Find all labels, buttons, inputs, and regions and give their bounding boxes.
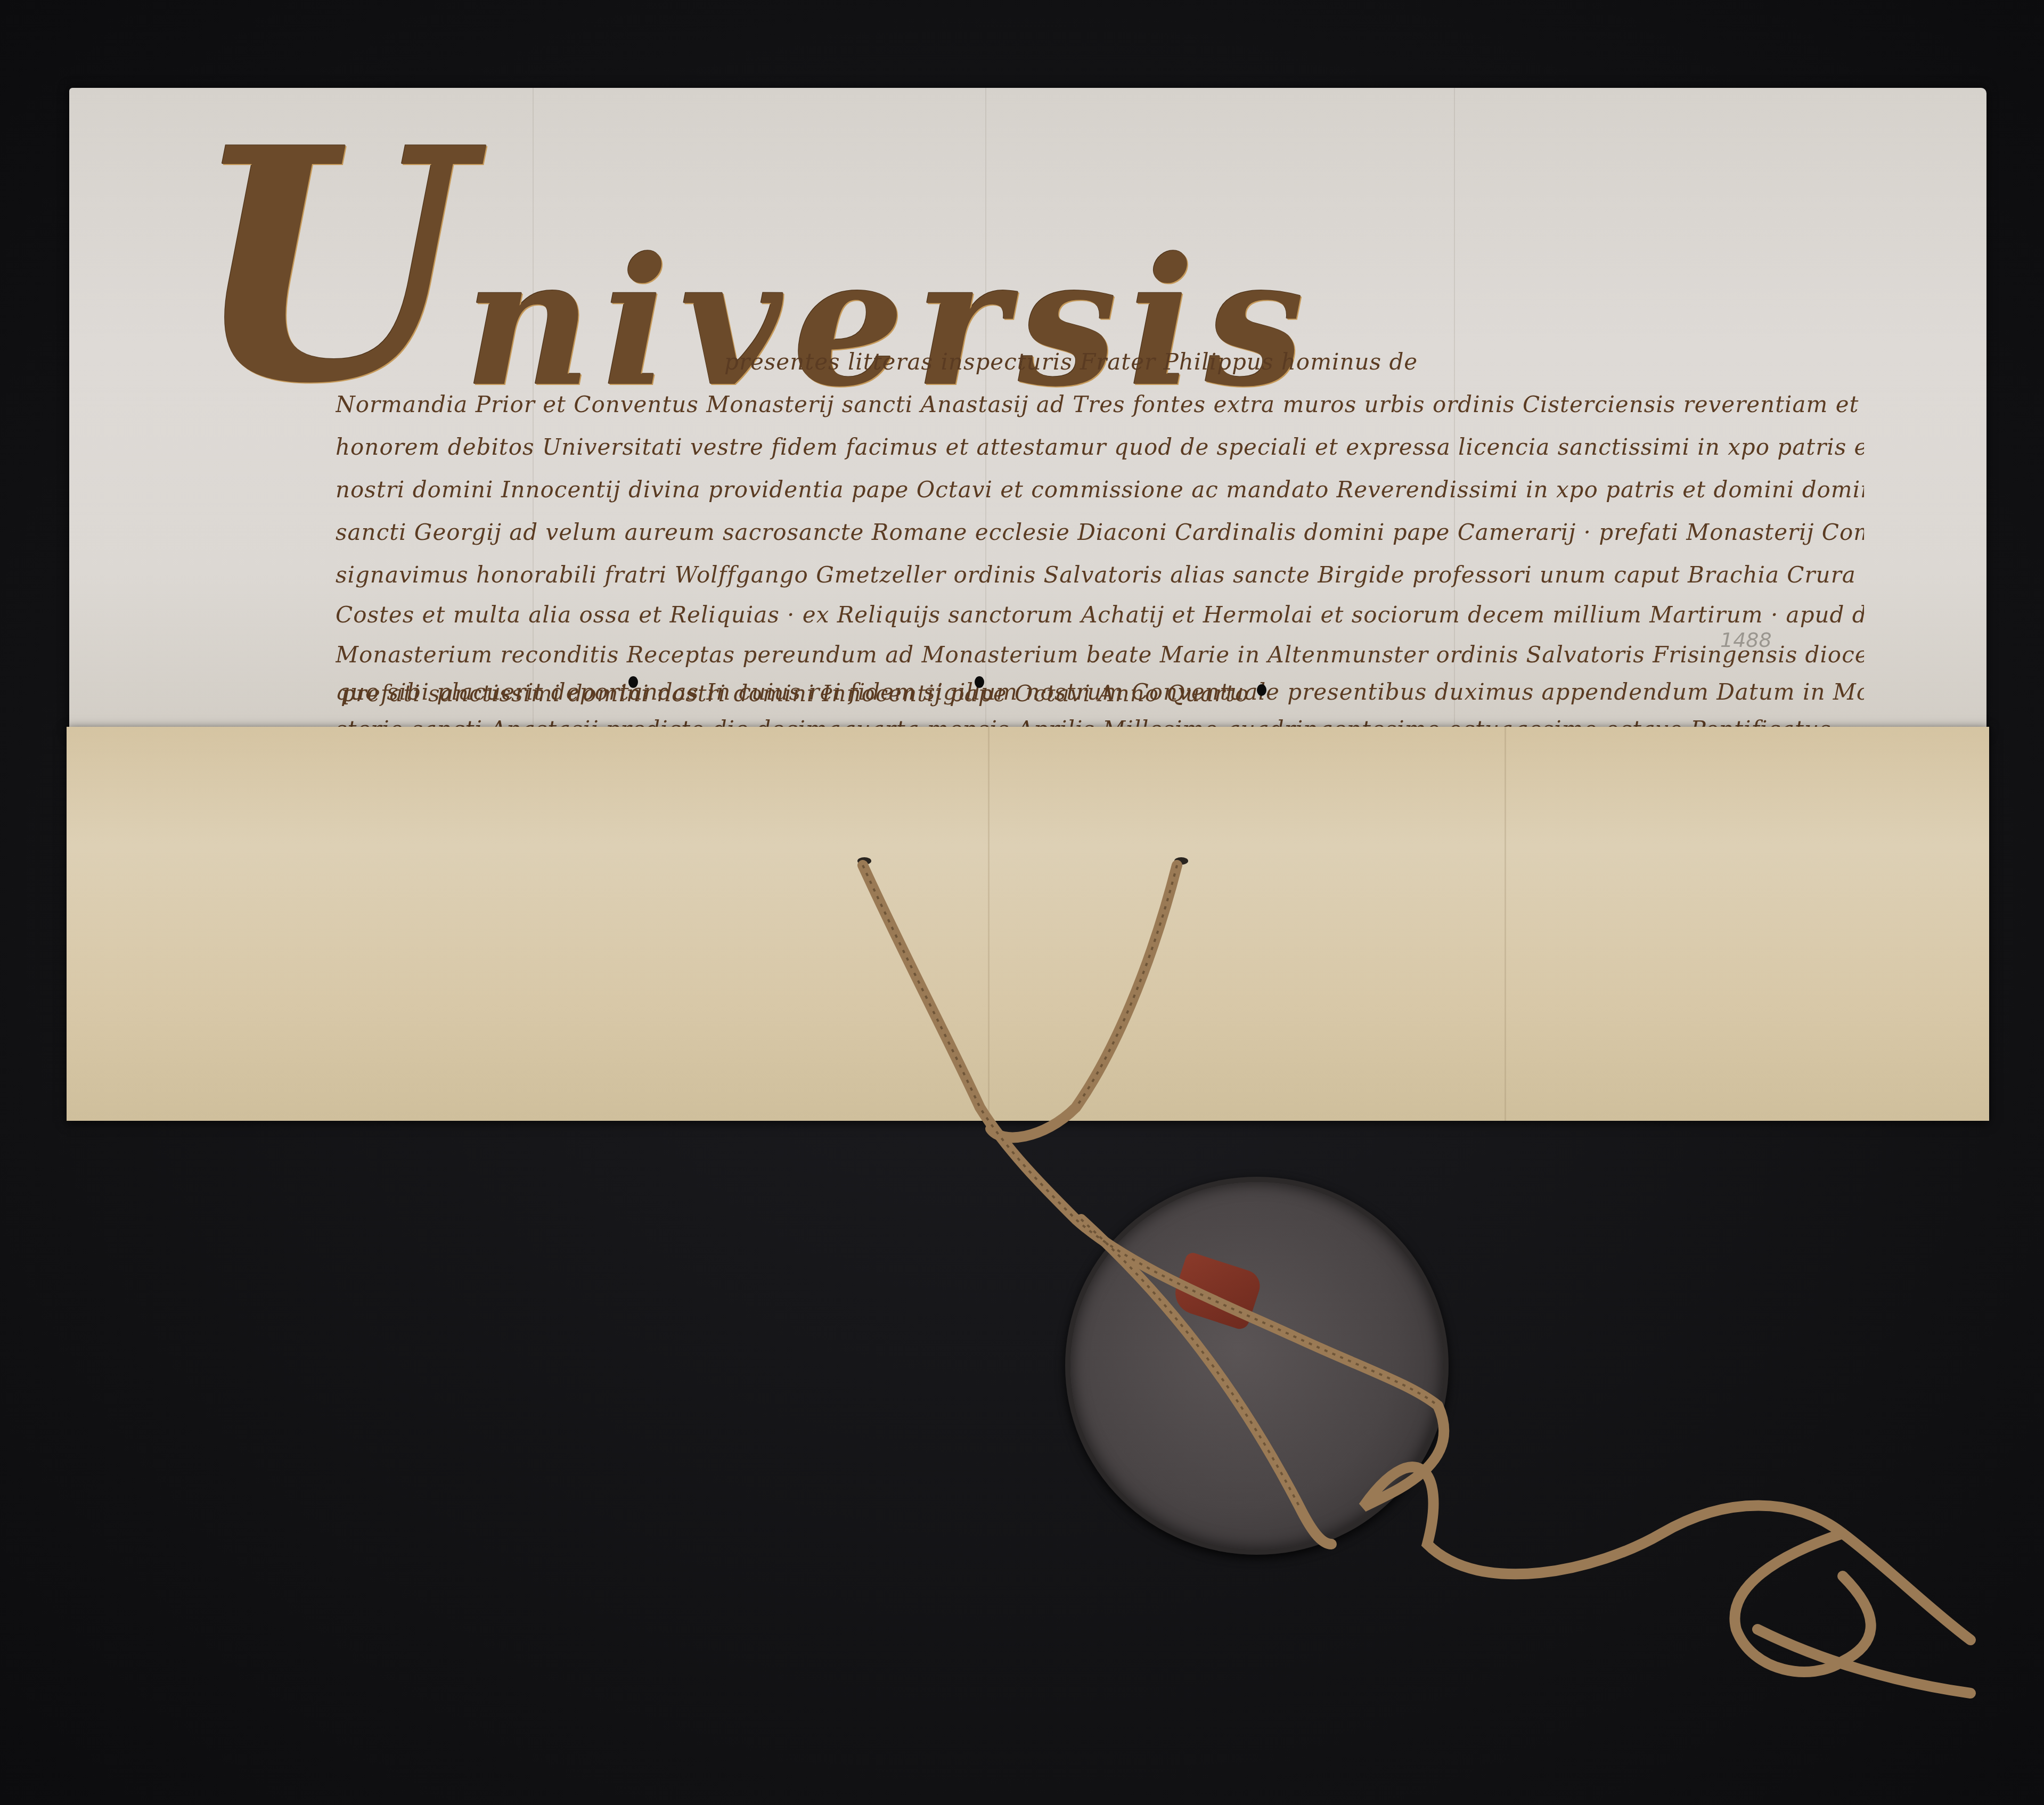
seal-cords	[0, 0, 2044, 1805]
charter-text-line-11: prefati sanctissimi domini nostri domini…	[341, 680, 1884, 707]
